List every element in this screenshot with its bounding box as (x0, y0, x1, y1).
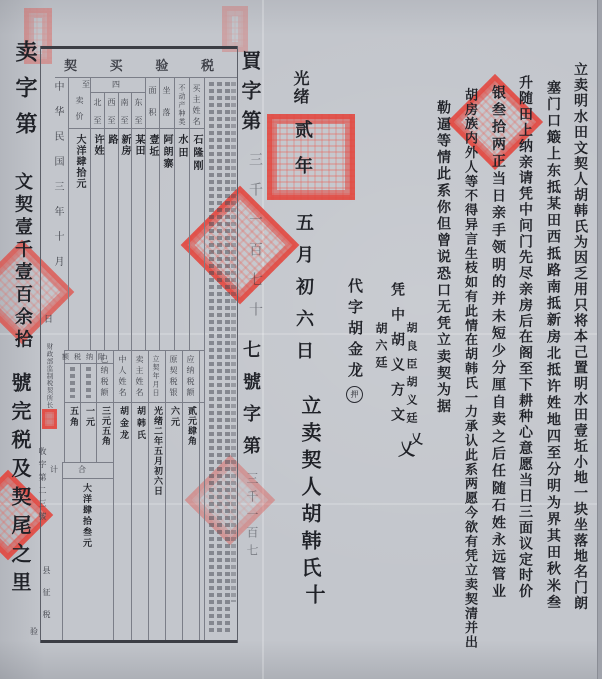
grid-line (62, 462, 113, 463)
contract-body-line-5: 胡房族内外人等不得异言生枝如有此情在胡韩氏一力承认此系两愿今欲有凭立卖契清并出 (463, 88, 476, 650)
header-middleman-name: 中人姓名 (118, 355, 126, 399)
grid-line (64, 350, 65, 462)
grid-line (204, 77, 205, 640)
grid-line (182, 350, 183, 640)
surcharge-subheader-fine-print (70, 367, 75, 398)
grid-line (90, 77, 91, 350)
header-buyer-name: 买主姓名 (192, 84, 200, 128)
form-title-char: 验 (155, 55, 168, 74)
issue-day: 日 (42, 314, 51, 323)
grid-line (64, 402, 204, 403)
form-bottom-border (40, 640, 238, 643)
contract-body-line-3: 升随田上纳亲请凭中问门先尽亲房后在阁至下耕种心意愿当日三面议定时价 (518, 75, 532, 600)
grid-line (199, 350, 200, 640)
grid-line (62, 462, 63, 640)
official-office: 财政部监制税契所长 (46, 343, 53, 409)
value-bound-south: 新房 (119, 134, 129, 156)
official-verify: 验 (30, 628, 38, 636)
paper-edge (597, 0, 602, 679)
contract-body-line-1: 立卖明水田文契人胡韩氏为因乏用只将本己置明水田壹坵小地一块坐落地名门朗 (573, 62, 587, 612)
header-paid-tax: 已纳税额 (100, 355, 108, 399)
official-serial: 收字第二三號 (38, 447, 46, 525)
grid-line (118, 92, 119, 350)
grid-line (145, 77, 146, 350)
value-property-type: 水田 (176, 134, 186, 160)
grid-line (159, 77, 160, 350)
header-location: 坐落 (162, 86, 170, 130)
value-original-tax: 六元 (169, 406, 178, 428)
grid-line (174, 77, 175, 350)
fold-crease-vertical (262, 0, 264, 679)
grid-line (64, 350, 204, 351)
grid-line (62, 478, 113, 479)
value-seller-name: 胡韩氏 (135, 406, 144, 442)
fold-serial-prefix: 買字第 (240, 50, 260, 140)
fine-print-regulations (217, 82, 222, 632)
margin-note-text: 號完税及契尾之里 (10, 372, 30, 600)
header-tax-due: 应纳税额 (186, 355, 194, 399)
form-left-border (40, 46, 41, 643)
contract-month-day: 五月初六日 (294, 213, 312, 373)
fold-serial-number: 三千一百七 (246, 472, 258, 562)
witness-name: 凭中胡义方文 (390, 282, 404, 432)
land-sale-contract-document: 卖字第 文契壹千壹百余拾 號完税及契尾之里 税 验 买 契 中华民国三年十月 日 (0, 0, 602, 679)
header-total: 合计 (66, 466, 106, 474)
small-official-seal (42, 409, 57, 429)
scribe-mark: 押 (346, 386, 363, 403)
header-bound-north: 北至 (93, 98, 101, 134)
witness-name: 胡六廷 (375, 322, 387, 373)
header-bound-south: 南至 (120, 98, 128, 134)
contract-year: 贰年 (293, 120, 311, 192)
value-surcharge: 五角 (68, 406, 77, 428)
witness-mark: 乂 (408, 432, 421, 445)
header-bound-west: 西至 (107, 98, 115, 134)
form-title-char: 契 (64, 55, 77, 74)
grid-line (80, 363, 81, 462)
official-county: 县征税 (42, 566, 50, 632)
value-bound-east: 某田 (133, 134, 143, 156)
margin-serial-text: 卖字第 (14, 40, 36, 148)
surcharge-subheader-fine-print (86, 367, 91, 398)
header-seller-name: 卖主姓名 (135, 355, 143, 399)
scribe-name: 代字胡金龙 (347, 278, 362, 383)
value-paid-tax: 三元五角 (100, 406, 109, 446)
value-contract-date: 光绪二年五月初六日 (152, 406, 161, 496)
seller-mark: 十 (304, 584, 324, 604)
contract-body-line-2: 塞门口簸上东抵某田西抵路南抵新房北抵许姓地四至分明为界其田秋米叁 (546, 80, 560, 611)
grid-line (189, 77, 190, 350)
header-original-tax: 原契税银 (169, 355, 177, 399)
value-tax-due: 贰元肆角 (186, 406, 195, 446)
witness-name: 胡良臣胡义廷 (406, 322, 417, 430)
value-location: 阿朗寨 (161, 134, 171, 170)
form-title-char: 税 (201, 55, 214, 74)
header-contract-date: 立契年月日 (152, 355, 159, 398)
issue-date: 中华民国三年十月 (52, 81, 62, 281)
contract-reign: 光绪 (292, 70, 308, 106)
fold-serial-suffix: 七號字第 (241, 340, 259, 468)
fine-print-regulations (225, 82, 230, 632)
grid-line (113, 350, 114, 640)
grid-line (90, 92, 145, 93)
seller-signature: 立卖契人胡韩氏 (300, 395, 320, 584)
fine-print-regulations (209, 82, 214, 632)
header-bound-east: 东至 (134, 98, 142, 134)
grid-line (165, 350, 166, 640)
form-title-char: 买 (110, 55, 123, 74)
header-area: 面积 (148, 86, 156, 130)
form-title: 税 验 买 契 (64, 55, 214, 74)
grid-line (68, 77, 69, 350)
header-price: 卖价 (75, 96, 83, 128)
grid-line (148, 350, 149, 640)
value-price: 大洋肆拾元 (74, 134, 84, 189)
margin-amount-text: 文契壹千壹百余拾 (13, 172, 31, 352)
header-four-bounds: 四至 (98, 81, 142, 89)
contract-body-line-6: 勒逼等情此系你但曾说恐口无凭立卖契为据 (436, 100, 450, 415)
value-area: 壹坵 (147, 134, 157, 158)
grid-line (131, 350, 132, 640)
grid-line (96, 350, 97, 462)
fold-serial-number: 三千一百七十 (248, 152, 262, 332)
fine-print-regulations (231, 82, 236, 602)
header-property-type: 不动产种类 (178, 84, 185, 127)
grid-line (104, 92, 105, 350)
title-divider (55, 77, 237, 78)
value-buyer-name: 石隆刚 (191, 134, 201, 173)
value-total: 大洋肆拾叁元 (81, 483, 90, 549)
contract-body-line-4: 银叁拾两正当日亲手领明的并未短少分厘自卖之后任随石姓永远管业 (491, 85, 505, 601)
red-diamond-seal-center (181, 186, 300, 305)
value-surcharge: 一元 (84, 406, 93, 428)
value-bound-west: 路 (106, 134, 116, 144)
value-bound-north: 许姓 (92, 134, 102, 156)
form-top-border (40, 46, 238, 49)
value-middleman-name: 胡金龙 (118, 406, 127, 442)
grid-line (131, 92, 132, 350)
